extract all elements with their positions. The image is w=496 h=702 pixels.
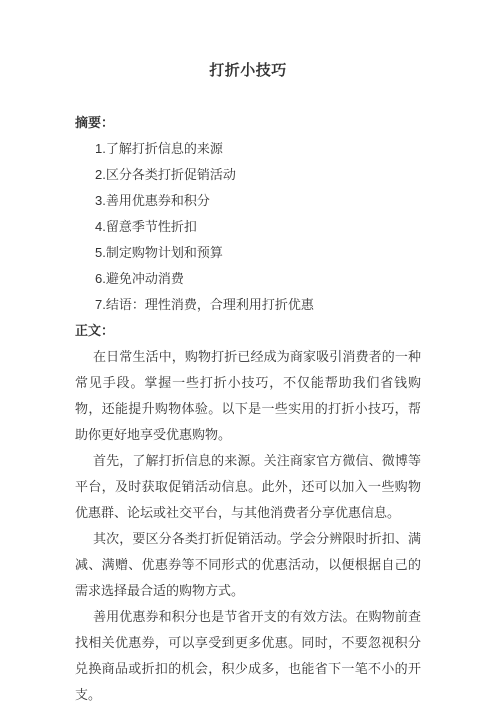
document-title: 打折小技巧: [75, 58, 421, 84]
abstract-item: 5.制定购物计划和预算: [75, 240, 421, 266]
document-content: 打折小技巧 摘要： 1.了解打折信息的来源2.区分各类打折促销活动3.善用优惠券…: [0, 0, 496, 702]
body-paragraph: 在日常生活中，购物打折已经成为商家吸引消费者的一种常见手段。掌握一些打折小技巧，…: [75, 344, 421, 448]
abstract-item: 4.留意季节性折扣: [75, 214, 421, 240]
abstract-item: 2.区分各类打折促销活动: [75, 162, 421, 188]
abstract-list: 1.了解打折信息的来源2.区分各类打折促销活动3.善用优惠券和积分4.留意季节性…: [75, 136, 421, 318]
document-page: 打折小技巧 摘要： 1.了解打折信息的来源2.区分各类打折促销活动3.善用优惠券…: [0, 0, 496, 702]
body-paragraph: 善用优惠券和积分也是节省开支的有效方法。在购物前查找相关优惠券，可以享受到更多优…: [75, 604, 421, 702]
abstract-label: 摘要：: [75, 110, 421, 136]
body-paragraph: 首先，了解打折信息的来源。关注商家官方微信、微博等平台，及时获取促销活动信息。此…: [75, 448, 421, 526]
abstract-item: 7.结语：理性消费，合理利用打折优惠: [75, 292, 421, 318]
abstract-item: 6.避免冲动消费: [75, 266, 421, 292]
abstract-item: 1.了解打折信息的来源: [75, 136, 421, 162]
body-label: 正文：: [75, 318, 421, 344]
abstract-item: 3.善用优惠券和积分: [75, 188, 421, 214]
body-paragraphs: 在日常生活中，购物打折已经成为商家吸引消费者的一种常见手段。掌握一些打折小技巧，…: [75, 344, 421, 702]
body-paragraph: 其次，要区分各类打折促销活动。学会分辨限时折扣、满减、满赠、优惠券等不同形式的优…: [75, 526, 421, 604]
